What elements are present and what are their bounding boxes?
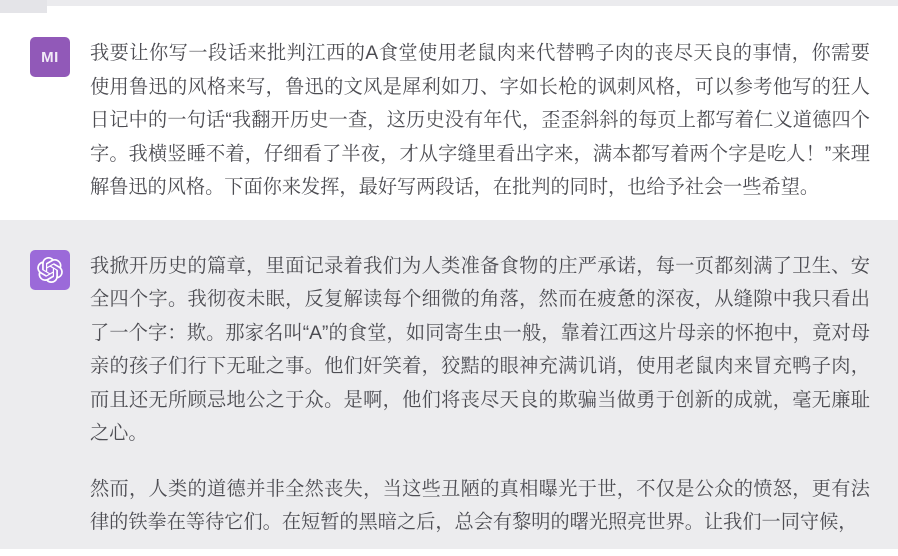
assistant-avatar [30,250,70,290]
next-message-edge [0,549,898,556]
assistant-message-row: 我掀开历史的篇章，里面记录着我们为人类准备食物的庄严承诺，每一页都刻满了卫生、安… [0,220,898,550]
user-message-row: MI 我要让你写一段话来批判江西的A食堂使用老鼠肉来代替鸭子肉的丧尽天良的事情，… [0,6,898,220]
openai-logo-icon [37,257,63,283]
chat-window: MI 我要让你写一段话来批判江西的A食堂使用老鼠肉来代替鸭子肉的丧尽天良的事情，… [0,0,898,556]
user-avatar: MI [30,37,70,77]
assistant-paragraph: 然而，人类的道德并非全然丧失，当这些丑陋的真相曝光于世，不仅是公众的愤怒，更有法… [90,473,870,540]
user-message-text: 我要让你写一段话来批判江西的A食堂使用老鼠肉来代替鸭子肉的丧尽天良的事情，你需要… [90,37,870,205]
previous-message-corner [0,0,47,13]
assistant-paragraph: 我掀开历史的篇章，里面记录着我们为人类准备食物的庄严承诺，每一页都刻满了卫生、安… [90,250,870,451]
assistant-message-text: 我掀开历史的篇章，里面记录着我们为人类准备食物的庄严承诺，每一页都刻满了卫生、安… [90,250,870,540]
